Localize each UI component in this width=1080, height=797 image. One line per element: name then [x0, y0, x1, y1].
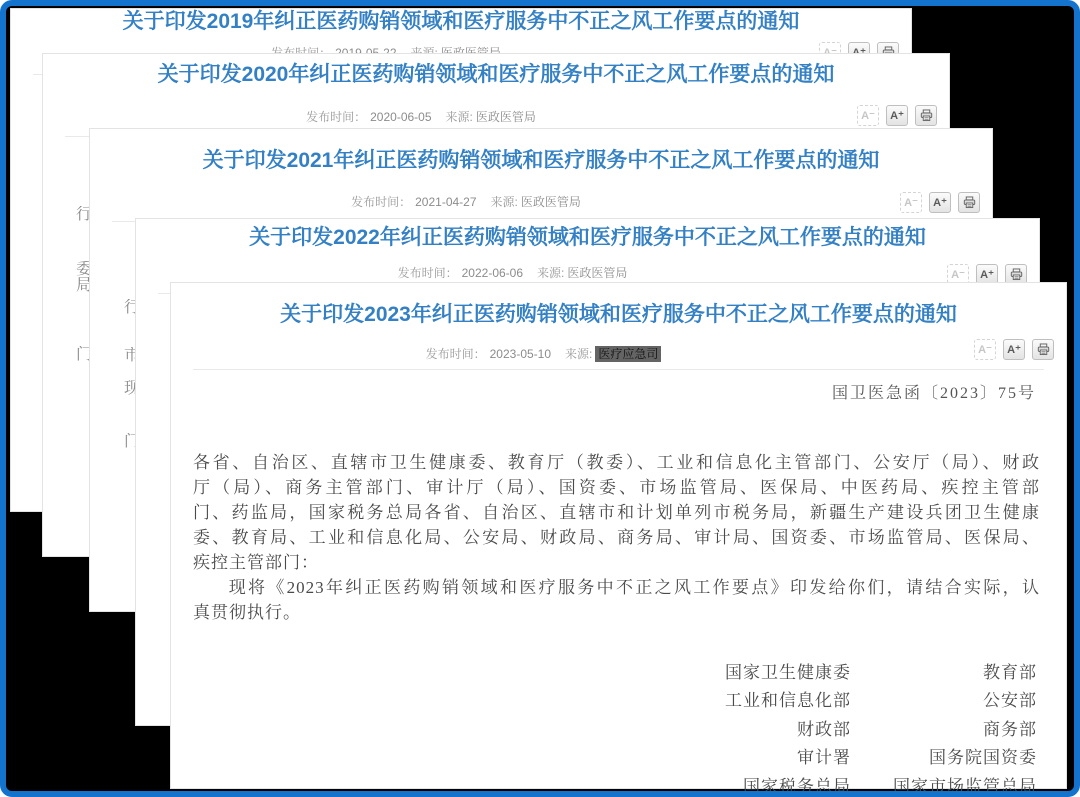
signer: 公安部 — [851, 687, 1037, 715]
signer: 国家市场监管总局 — [851, 773, 1037, 797]
source-value: 医政医管局 — [521, 195, 581, 209]
printer-icon — [963, 196, 976, 209]
meta-divider — [193, 369, 1044, 370]
notice-title: 关于印发2020年纠正医药购销领域和医疗服务中不正之风工作要点的通知 — [53, 61, 939, 89]
printer-icon — [1037, 343, 1050, 356]
body-line: 真贯彻执行。 — [193, 600, 1040, 625]
font-toolbar: A⁻ A⁺ — [900, 192, 980, 213]
signer: 工业和信息化部 — [193, 687, 851, 715]
publish-date: 2021-04-27 — [415, 195, 476, 209]
signature-row: 审计署 国务院国资委 — [193, 744, 1037, 772]
notice-page-2023: 关于印发2023年纠正医药购销领域和医疗服务中不正之风工作要点的通知 发布时间：… — [170, 282, 1067, 789]
signer: 财政部 — [193, 716, 851, 744]
source-value: 医政医管局 — [567, 266, 627, 280]
signer: 国家卫生健康委 — [193, 659, 851, 687]
font-toolbar: A⁻ A⁺ — [974, 339, 1054, 360]
signer: 国家税务总局 — [193, 773, 851, 797]
notice-body: 各省、自治区、直辖市卫生健康委、教育厅（教委）、工业和信息化主管部门、公安厅（局… — [193, 450, 1040, 625]
source-value: 医政医管局 — [476, 110, 536, 124]
font-toolbar: A⁻ A⁺ — [857, 105, 937, 126]
font-larger-button[interactable]: A⁺ — [886, 105, 908, 126]
meta-row: 发布时间：2022-06-06来源:医政医管局 — [136, 264, 889, 281]
notice-title: 关于印发2022年纠正医药购销领域和医疗服务中不正之风工作要点的通知 — [146, 224, 1029, 252]
print-button[interactable] — [915, 105, 937, 126]
document-number: 国卫医急函〔2023〕75号 — [832, 383, 1036, 405]
print-button[interactable] — [958, 192, 980, 213]
screenshot-frame: 关于印发2019年纠正医药购销领域和医疗服务中不正之风工作要点的通知 发布时间：… — [0, 0, 1080, 797]
font-larger-button[interactable]: A⁺ — [929, 192, 951, 213]
body-line: 疾控主管部门： — [193, 550, 1040, 575]
body-line: 厅（局）、商务主管部门、审计厅（局）、国资委、市场监管局、医保局、中医药局、疾控… — [193, 475, 1040, 500]
signature-row: 财政部 商务部 — [193, 716, 1037, 744]
publish-date-label: 发布时间： — [398, 266, 458, 280]
publish-date: 2023-05-10 — [490, 347, 551, 361]
meta-row: 发布时间：2021-04-27来源:医政医管局 — [90, 193, 842, 210]
signer: 商务部 — [851, 716, 1037, 744]
printer-icon — [1010, 268, 1023, 281]
signature-row: 工业和信息化部 公安部 — [193, 687, 1037, 715]
signer: 教育部 — [851, 659, 1037, 687]
signer: 国务院国资委 — [851, 744, 1037, 772]
font-smaller-button[interactable]: A⁻ — [857, 105, 879, 126]
print-button[interactable] — [1032, 339, 1054, 360]
font-smaller-button[interactable]: A⁻ — [974, 339, 996, 360]
source-value-highlighted: 医疗应急司 — [595, 346, 661, 362]
body-line: 委、教育局、工业和信息化局、公安局、财政局、商务局、审计局、国资委、市场监管局、… — [193, 525, 1040, 550]
printer-icon — [920, 109, 933, 122]
source-label: 来源: — [537, 266, 564, 280]
source-label: 来源: — [491, 195, 518, 209]
signer: 审计署 — [193, 744, 851, 772]
publish-date-label: 发布时间： — [351, 195, 411, 209]
notice-title: 关于印发2023年纠正医药购销领域和医疗服务中不正之风工作要点的通知 — [181, 301, 1056, 329]
font-larger-button[interactable]: A⁺ — [1003, 339, 1025, 360]
signature-row: 国家卫生健康委 教育部 — [193, 659, 1037, 687]
publish-date-label: 发布时间： — [306, 110, 366, 124]
body-line: 现将《2023年纠正医药购销领域和医疗服务中不正之风工作要点》印发给你们，请结合… — [193, 575, 1040, 600]
font-smaller-button[interactable]: A⁻ — [900, 192, 922, 213]
publish-date: 2022-06-06 — [462, 266, 523, 280]
signature-block: 国家卫生健康委 教育部 工业和信息化部 公安部 财政部 商务部 审计署 国务院国… — [193, 659, 1037, 797]
notice-title: 关于印发2021年纠正医药购销领域和医疗服务中不正之风工作要点的通知 — [100, 147, 982, 175]
notice-title: 关于印发2019年纠正医药购销领域和医疗服务中不正之风工作要点的通知 — [21, 8, 901, 36]
meta-row: 发布时间：2020-06-05来源:医政医管局 — [43, 108, 799, 125]
body-line: 门、药监局，国家税务总局各省、自治区、直辖市和计划单列市税务局，新疆生产建设兵团… — [193, 500, 1040, 525]
signature-row: 国家税务总局 国家市场监管总局 — [193, 773, 1037, 797]
source-label: 来源: — [565, 347, 592, 361]
publish-date: 2020-06-05 — [370, 110, 431, 124]
stacked-notices-stage: 关于印发2019年纠正医药购销领域和医疗服务中不正之风工作要点的通知 发布时间：… — [0, 0, 1080, 797]
body-line: 各省、自治区、直辖市卫生健康委、教育厅（教委）、工业和信息化主管部门、公安厅（局… — [193, 450, 1040, 475]
source-label: 来源: — [446, 110, 473, 124]
meta-row: 发布时间：2023-05-10来源:医疗应急司 — [171, 345, 916, 362]
publish-date-label: 发布时间： — [426, 347, 486, 361]
